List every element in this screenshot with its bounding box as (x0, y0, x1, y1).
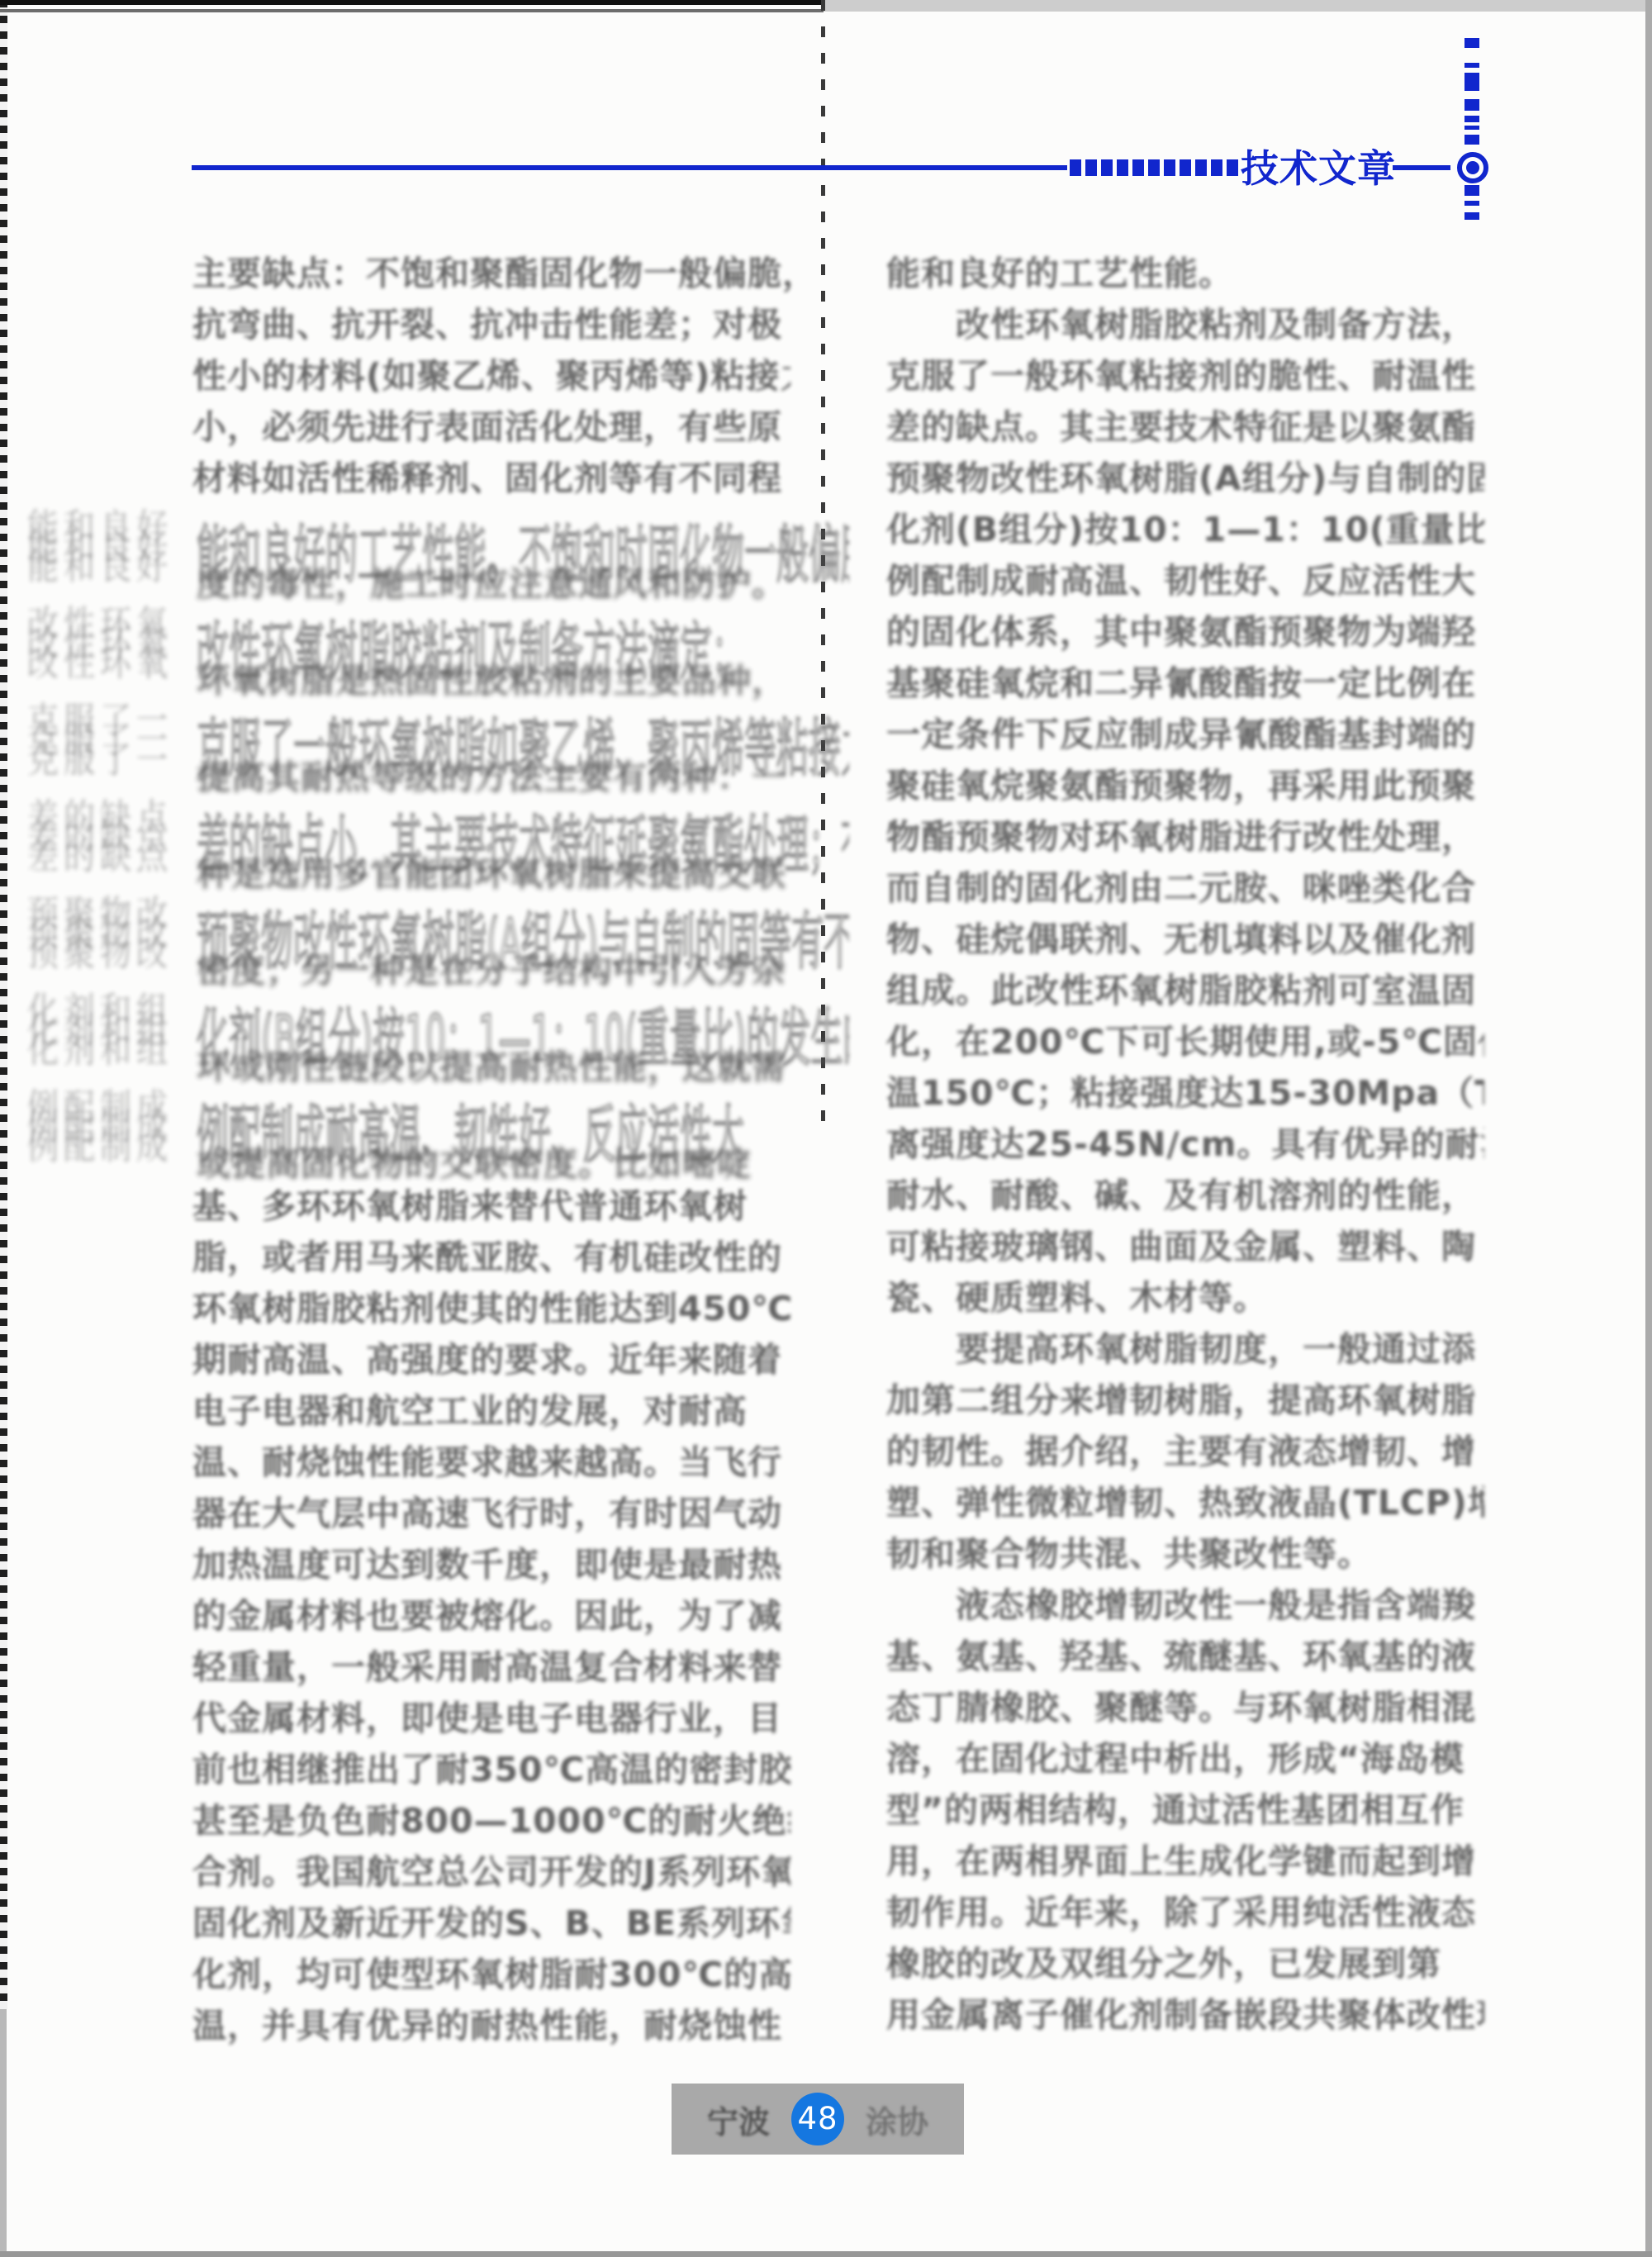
footer-bar: 宁波 48 涂协 (672, 2084, 964, 2155)
text-line: 态丁腈橡胶、聚醚等。与环氧树脂相混 (886, 1684, 1484, 1735)
text-line: 期耐高温、高强度的要求。近年来随着 (192, 1336, 790, 1387)
ghost-gray-line: 密度；另一种是在分子结构中引入芳杂 (197, 943, 824, 992)
header-dash-squares (1070, 159, 1240, 176)
top-edge-black-line (0, 0, 824, 5)
ghost-row: 例配制成例配制成例配制成例配制成耐高温、韧性好、反应活性大或提高固化物的交联密度… (27, 1086, 812, 1182)
text-line: 化，在200℃下可长期使用,或-5℃固化耐 (886, 1018, 1484, 1069)
header-square-dash (1070, 159, 1081, 176)
text-line: 代金属材料，即使是电子电器行业，目 (192, 1694, 790, 1746)
text-line: 液态橡胶增韧改性一般是指含端羧 (886, 1581, 1484, 1632)
text-line: 脂，或者用马来酰亚胺、有机硅改性的 (192, 1233, 790, 1285)
footer-page-number-badge: 48 (791, 2093, 844, 2145)
text-line: 预聚物改性环氧树脂(A组分)与自制的固 (886, 454, 1484, 506)
text-line: 合剂。我国航空总公司开发的J系列环氧 (192, 1848, 790, 1899)
ghost-gray-line: 种是选用多官能团环氧树脂来提高交联 (197, 847, 824, 896)
right-column-paragraphs: 能和良好的工艺性能。 改性环氧树脂胶粘剂及制备方法，克服了一般环氧粘接剂的脆性、… (886, 249, 1484, 2042)
text-line: 物酯预聚物对环氧树脂进行改性处理， (886, 813, 1484, 864)
page-header-title: 技术文章 (1241, 145, 1391, 192)
header-square-dash (1227, 159, 1238, 176)
top-right-gray-strip (824, 0, 1652, 12)
text-line: 耐水、耐酸、碱、及有机溶剂的性能， (886, 1171, 1484, 1223)
top-edge-gray-line (0, 9, 824, 12)
ghost-gray-line: 提高其耐热等级的方法主要有两种：一 (197, 750, 824, 799)
text-line: 化剂，均可使型环氧树脂耐300℃的高 (192, 1951, 790, 2002)
ghost-row: 能和良好能和良好能和良好能和良好的工艺性能。不饱和时固化物一般偏脆，度的毒性，施… (27, 506, 812, 602)
footer-right-label: 涂协 (866, 2097, 928, 2142)
header-square-dash (1117, 159, 1128, 176)
text-line: 例配制成耐高温、韧性好、反应活性大 (886, 557, 1484, 608)
text-line: 的韧性。据介绍，主要有液态增韧、增 (886, 1428, 1484, 1479)
text-line: 塑、弹性微粒增韧、热致液晶(TLCP)增 (886, 1479, 1484, 1530)
ghost-gray-line: 环或刚性链段以提高耐热性能，这就需 (197, 1040, 824, 1089)
bottom-edge-gray-strip (0, 2251, 1652, 2257)
text-line: 瓷、硬质塑料、木材等。 (886, 1274, 1484, 1325)
header-square-dash (1180, 159, 1191, 176)
text-line: 可粘接玻璃钢、曲面及金属、塑料、陶 (886, 1223, 1484, 1274)
text-line: 的固化体系，其中聚氨酯预聚物为端羟 (886, 608, 1484, 659)
text-line: 的金属材料也要被熔化。因此，为了减 (192, 1592, 790, 1643)
left-edge-gray-strip (0, 2009, 7, 2257)
text-line: 聚硅氧烷聚氨酯预聚物，再采用此预聚 (886, 762, 1484, 813)
ghost-margin-smear: 化剂和组化剂和组化剂和组 (27, 992, 192, 1052)
text-line: 能和良好的工艺性能。 (886, 249, 1484, 301)
blue-dash-segment (1464, 212, 1479, 220)
text-line: 器在大气层中高速飞行时，有时因气动 (192, 1490, 790, 1541)
blue-dash-segment (1464, 99, 1479, 111)
footer-left-label: 宁波 (707, 2097, 770, 2142)
bullseye-dot (1466, 161, 1479, 174)
text-line: 加第二组分来增韧树脂，提高环氧树脂 (886, 1376, 1484, 1428)
left-column-bottom-paragraphs: 基、多环环氧树脂来替代普通环氧树脂，或者用马来酰亚胺、有机硅改性的环氧树脂胶粘剂… (192, 1182, 790, 2053)
text-line: 用，在两相界面上生成化学键而起到增 (886, 1837, 1484, 1889)
ghost-margin-smear: 能和良好能和良好能和良好 (27, 509, 192, 568)
text-line: 温、耐烧蚀性能要求越来越高。当飞行 (192, 1438, 790, 1490)
header-square-dash (1101, 159, 1113, 176)
ghost-row: 化剂和组化剂和组化剂和组化剂(B组分)按10：1—1：10(重量比)的发生的注意… (27, 989, 812, 1086)
text-line: 基聚硅氧烷和二异氰酸酯按一定比例在 (886, 659, 1484, 710)
header-rule-short (1393, 165, 1450, 170)
header-square-dash (1211, 159, 1222, 176)
blue-dash-segment (1464, 73, 1479, 91)
header-square-dash (1132, 159, 1144, 176)
text-line: 克服了一般环氧粘接剂的脆性、耐温性 (886, 352, 1484, 403)
text-line: 离强度达25-45N/cm。具有优异的耐油、 (886, 1120, 1484, 1171)
ghost-margin-smear: 改性环氧改性环氧改性环氧 (27, 606, 192, 665)
right-edge-gray-strip (1645, 0, 1652, 2257)
text-line: 固化剂及新近开发的S、B、BE系列环氧固 (192, 1899, 790, 1951)
text-line: 橡胶的改及双组分之外，已发展到第 (886, 1940, 1484, 1991)
ghost-gray-line: 或提高固化物的交联密度。比如嘧啶 (197, 1137, 824, 1186)
text-line: 电子电器和航空工业的发展，对耐高 (192, 1387, 790, 1438)
header-square-dash (1195, 159, 1207, 176)
text-line: 加热温度可达到数千度，即使是最耐热 (192, 1541, 790, 1592)
text-line: 韧和聚合物共混、共聚改性等。 (886, 1530, 1484, 1581)
column-right: 能和良好的工艺性能。 改性环氧树脂胶粘剂及制备方法，克服了一般环氧粘接剂的脆性、… (886, 249, 1484, 2042)
text-line: 甚至是负色耐800—1000℃的耐火绝缘粘 (192, 1797, 790, 1848)
ghost-row: 改性环氧改性环氧改性环氧改性环氧树脂胶粘剂及制备方法滴定：环氧树脂是热固性胶粘剂… (27, 602, 812, 699)
ghost-margin-smear: 例配制成例配制成例配制成 (27, 1089, 192, 1148)
text-line: 溶，在固化过程中析出，形成“海岛模 (886, 1735, 1484, 1786)
text-line: 要提高环氧树脂韧度，一般通过添 (886, 1325, 1484, 1376)
blue-dash-segment (1464, 63, 1479, 68)
header-square-dash (1164, 159, 1175, 176)
ghost-row: 预聚物改预聚物改预聚物改预聚物改性环氧树脂(A组分)与自制的固等有不同程密度；另… (27, 892, 812, 989)
text-line: 小，必须先进行表面活化处理，有些原 (192, 403, 790, 454)
text-line: 用金属离子催化剂制备嵌段共聚体改性环 (886, 1991, 1484, 2042)
text-line: 抗弯曲、抗开裂、抗冲击性能差；对极 (192, 301, 790, 352)
ghost-row: 差的缺点差的缺点差的缺点差的缺点小，其主要技术特征延聚氨酯处理；有些原种是选用多… (27, 796, 812, 892)
text-line: 温150℃；粘接强度达15-30Mpa（T型剥 (886, 1069, 1484, 1120)
left-edge-dashed-border (0, 0, 7, 2009)
blue-dash-segment (1464, 135, 1479, 145)
ghost-margin-smear: 克服了一克服了一克服了一 (27, 702, 192, 762)
ghost-gray-line: 环氧树脂是热固性胶粘剂的主要品种， (197, 653, 824, 702)
blue-dash-segment (1464, 185, 1479, 196)
column-left: 主要缺点：不饱和聚酯固化物一般偏脆，抗弯曲、抗开裂、抗冲击性能差；对极性小的材料… (192, 249, 790, 2053)
text-line: 主要缺点：不饱和聚酯固化物一般偏脆， (192, 249, 790, 301)
text-line: 温，并具有优异的耐热性能，耐烧蚀性 (192, 2002, 790, 2053)
text-line: 轻重量，一般采用耐高温复合材料来替 (192, 1643, 790, 1694)
scanned-magazine-page: 技术文章 主要缺点：不饱和聚酯固化物一般偏脆，抗弯曲、抗开裂、抗冲击性能差；对极… (0, 0, 1652, 2257)
text-line: 型”的两相结构，通过活性基团相互作 (886, 1786, 1484, 1837)
text-line: 一定条件下反应制成异氰酸酯基封端的 (886, 710, 1484, 762)
ghost-misprint-block: 能和良好能和良好能和良好能和良好的工艺性能。不饱和时固化物一般偏脆，度的毒性，施… (27, 506, 812, 1182)
header-square-dash (1148, 159, 1160, 176)
ghost-margin-smear: 差的缺点差的缺点差的缺点 (27, 799, 192, 858)
text-line: 差的缺点。其主要技术特征是以聚氨酯 (886, 403, 1484, 454)
text-line: 改性环氧树脂胶粘剂及制备方法， (886, 301, 1484, 352)
text-line: 化剂(B组分)按10：1—1：10(重量比)的比 (886, 506, 1484, 557)
blue-dash-segment (1464, 126, 1479, 130)
left-column-top-paragraph: 主要缺点：不饱和聚酯固化物一般偏脆，抗弯曲、抗开裂、抗冲击性能差；对极性小的材料… (192, 249, 790, 506)
text-line: 组成。此改性环氧树脂胶粘剂可室温固 (886, 967, 1484, 1018)
ghost-row: 克服了一克服了一克服了一克服了一般环氧树脂如聚乙烯、聚丙烯等粘接力提高其耐热等级… (27, 699, 812, 796)
text-line: 物、硅烷偶联剂、无机填料以及催化剂 (886, 915, 1484, 967)
header-square-dash (1085, 159, 1097, 176)
text-line: 前也相继推出了耐350℃高温的密封胶， (192, 1746, 790, 1797)
ghost-margin-smear: 预聚物改预聚物改预聚物改 (27, 896, 192, 955)
text-line: 基、氨基、羟基、巯醚基、环氧基的液 (886, 1632, 1484, 1684)
blue-dash-segment (1464, 38, 1479, 48)
text-line: 环氧树脂胶粘剂使其的性能达到450℃短 (192, 1285, 790, 1336)
bullseye-icon (1457, 152, 1488, 183)
header-rule (192, 165, 1067, 170)
text-line: 材料如活性稀释剂、固化剂等有不同程 (192, 454, 790, 506)
blue-dash-segment (1464, 201, 1479, 206)
text-line: 性小的材料(如聚乙烯、聚丙烯等)粘接力 (192, 352, 790, 403)
text-line: 而自制的固化剂由二元胺、咪唑类化合 (886, 864, 1484, 915)
ghost-gray-line: 度的毒性，施工时应注意通风和防护。 (197, 557, 824, 606)
blue-dash-segment (1464, 116, 1479, 122)
text-line: 韧作用。近年来，除了采用纯活性液态 (886, 1889, 1484, 1940)
